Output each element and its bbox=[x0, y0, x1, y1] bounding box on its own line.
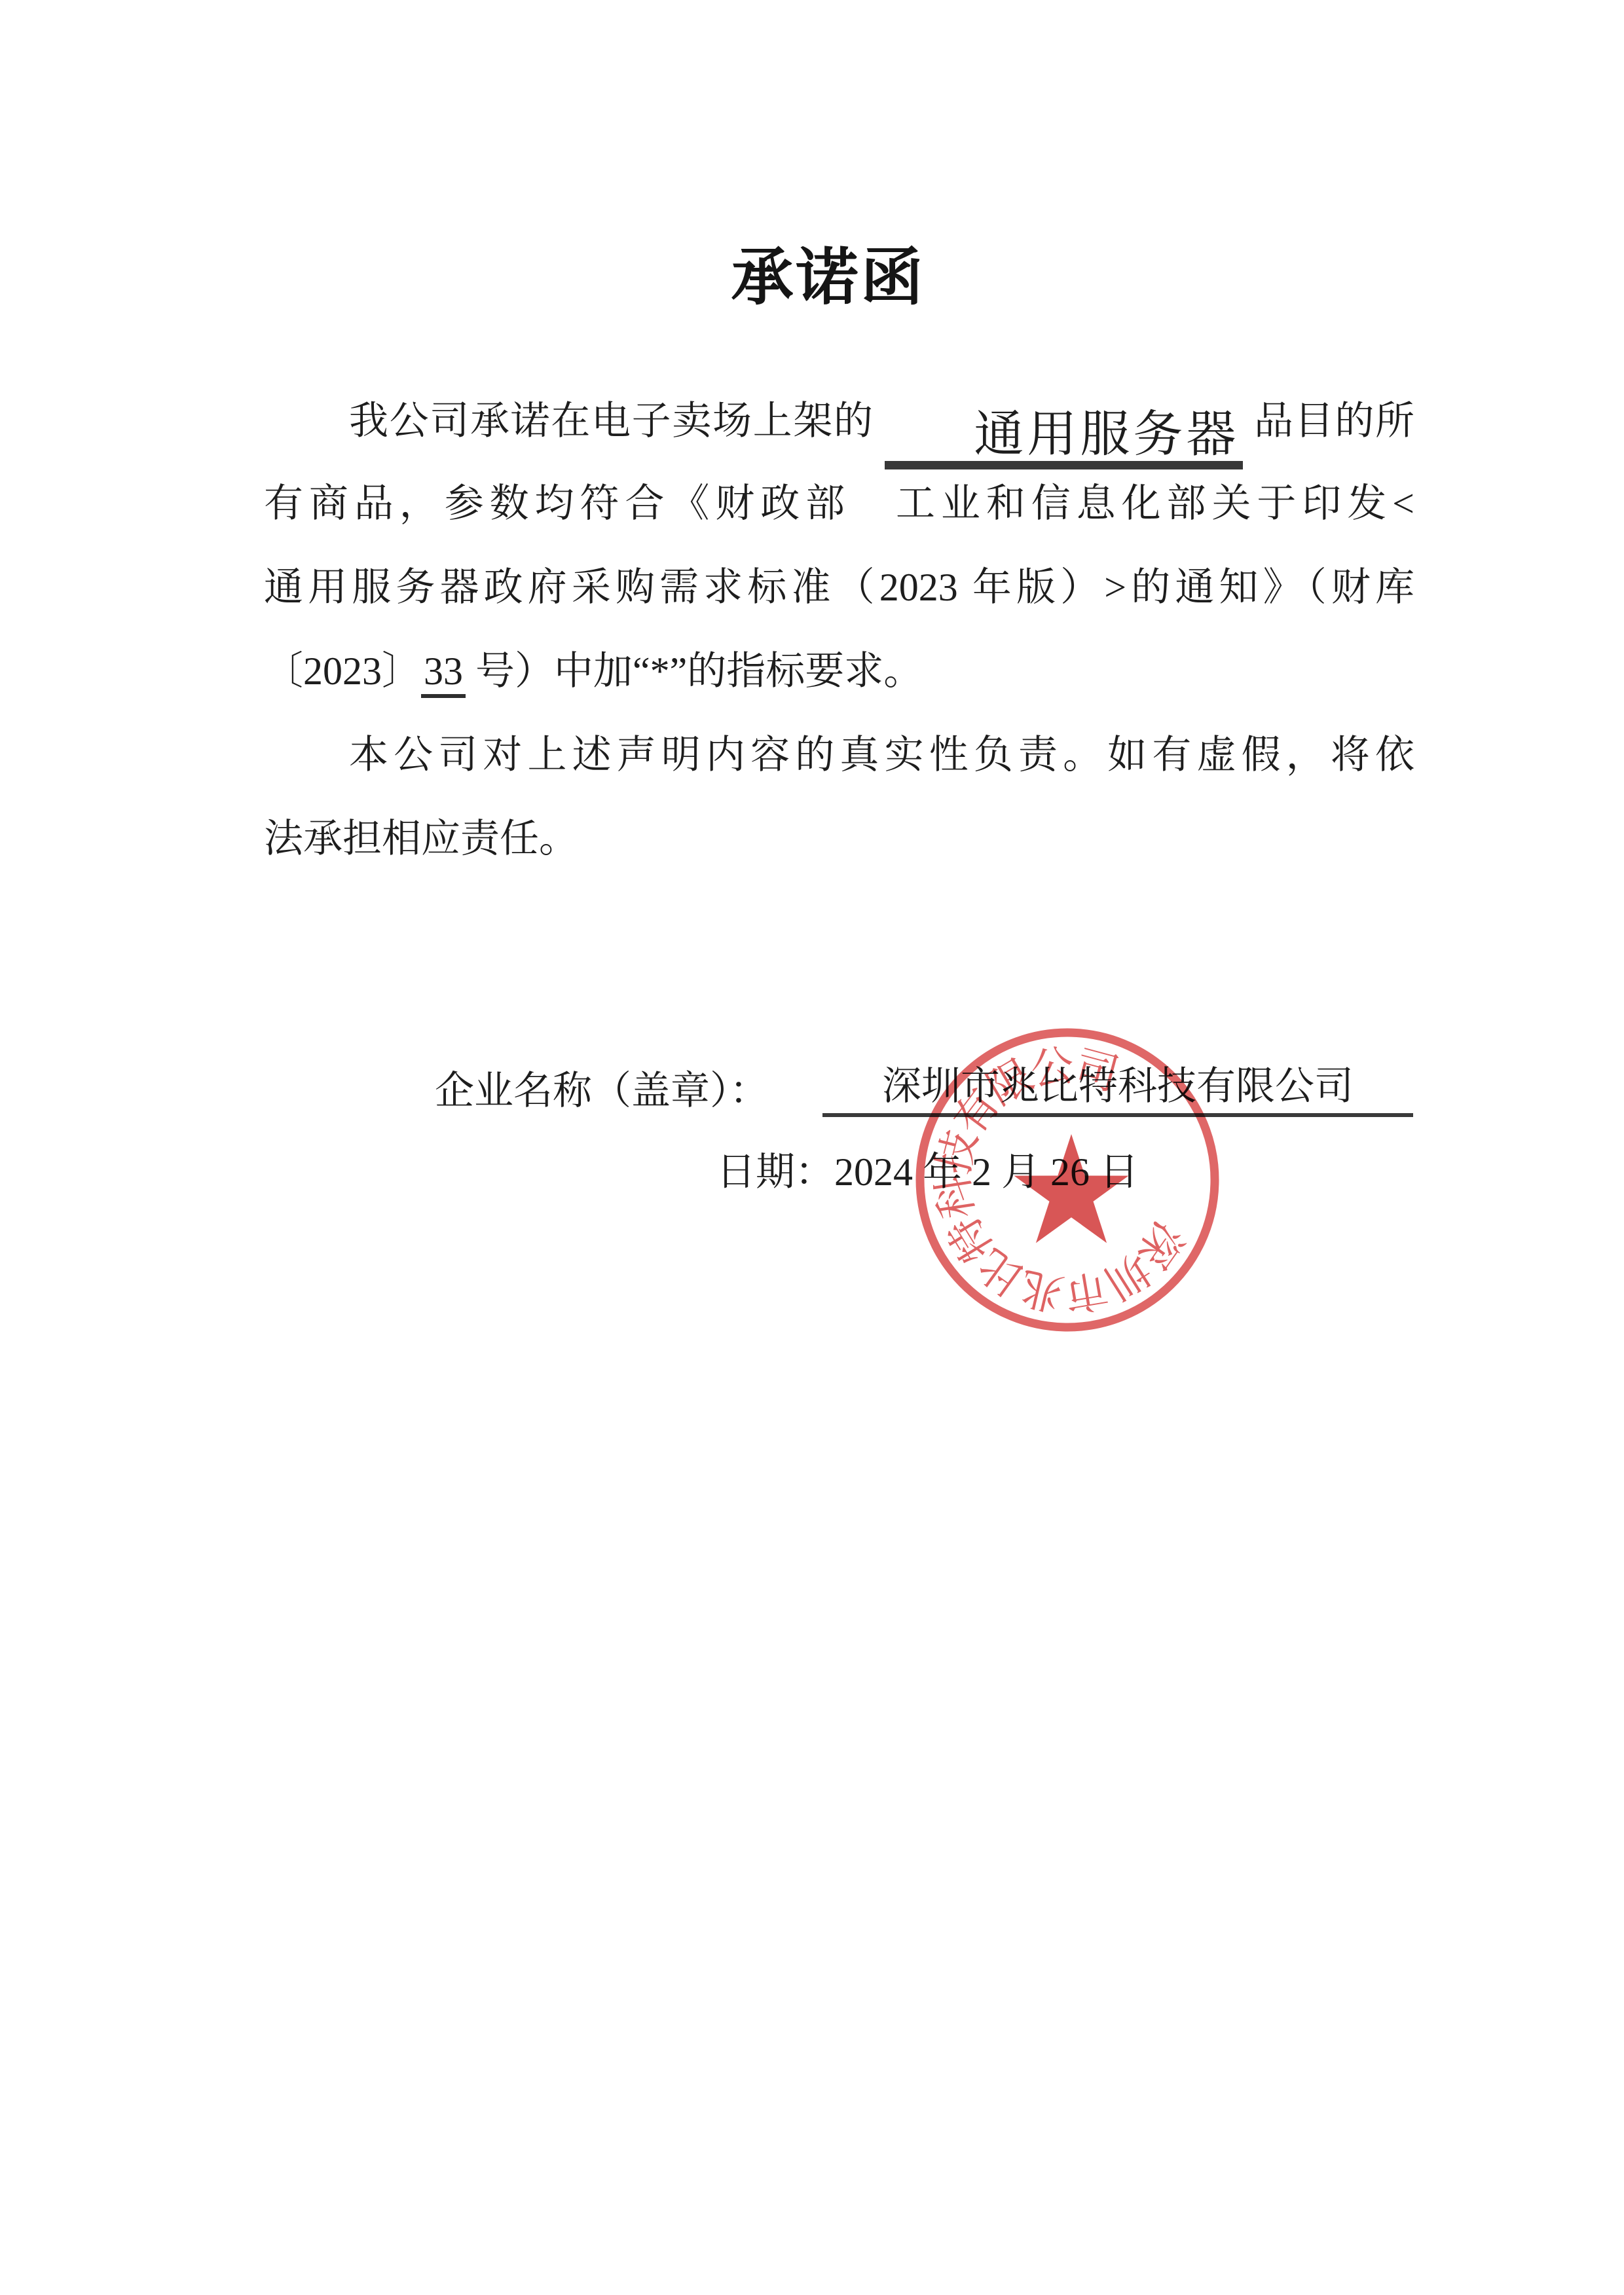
category-blank-underlined: 通用服务器 bbox=[885, 409, 1243, 469]
scanned-letter-page: 承诺函 我公司承诺在电子卖场上架的 通用服务器 品目的所 有商品，参数均符合《财… bbox=[0, 0, 1624, 2295]
svg-text:市: 市 bbox=[1061, 1264, 1111, 1318]
body-line-6: 法承担相应责任。 bbox=[264, 811, 1414, 867]
company-name-underlined: 深圳市兆比特科技有限公司 bbox=[822, 1059, 1413, 1117]
body-line-2: 有商品，参数均符合《财政部 工业和信息化部关于印发< bbox=[264, 475, 1414, 532]
svg-text:圳: 圳 bbox=[1096, 1243, 1158, 1307]
body-line-4-post: 号）中加“*”的指标要求。 bbox=[466, 650, 923, 693]
body-line-5: 本公司对上述声明内容的真实性负责。如有虚假，将依 bbox=[264, 727, 1414, 783]
body-line-1-pre: 我公司承诺在电子卖场上架的 bbox=[349, 399, 885, 443]
document-number-underlined: 33 bbox=[421, 650, 466, 698]
body-line-4-pre: 〔2023〕 bbox=[264, 650, 421, 693]
svg-text:比: 比 bbox=[970, 1239, 1033, 1303]
svg-text:兆: 兆 bbox=[1015, 1261, 1068, 1317]
svg-text:特: 特 bbox=[940, 1207, 1003, 1269]
body-line-1-post: 品目的所 bbox=[1243, 399, 1414, 443]
company-name-label: 企业名称（盖章）： bbox=[435, 1068, 769, 1114]
body-line-4: 〔2023〕33 号）中加“*”的指标要求。 bbox=[264, 643, 1414, 699]
document-title: 承诺函 bbox=[0, 228, 1624, 317]
date-line: 日期：2024 年 2 月 26 日 bbox=[716, 1149, 1139, 1195]
body-line-1: 我公司承诺在电子卖场上架的 通用服务器 品目的所 bbox=[264, 393, 1414, 469]
body-line-3: 通用服务器政府采购需求标准（2023 年版）>的通知》（财库 bbox=[264, 559, 1414, 615]
svg-text:深: 深 bbox=[1128, 1213, 1192, 1276]
